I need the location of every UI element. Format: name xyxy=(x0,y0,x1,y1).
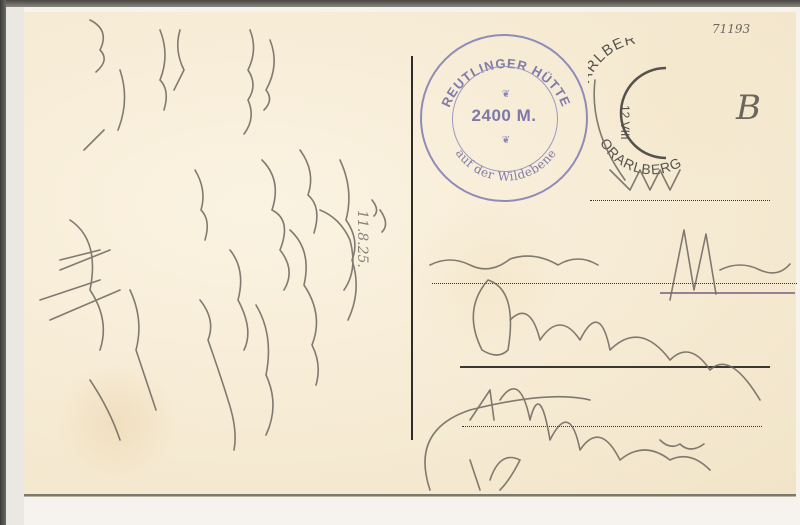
address-district: Bez. Schaffhausen xyxy=(440,278,790,297)
address-recipient: Hochwohlgeboren Herrn Moser xyxy=(440,240,790,259)
address-town: Oberrieden xyxy=(440,259,790,278)
address-number: 16 xyxy=(440,297,790,316)
message-date: 11.8.25. xyxy=(354,210,370,268)
